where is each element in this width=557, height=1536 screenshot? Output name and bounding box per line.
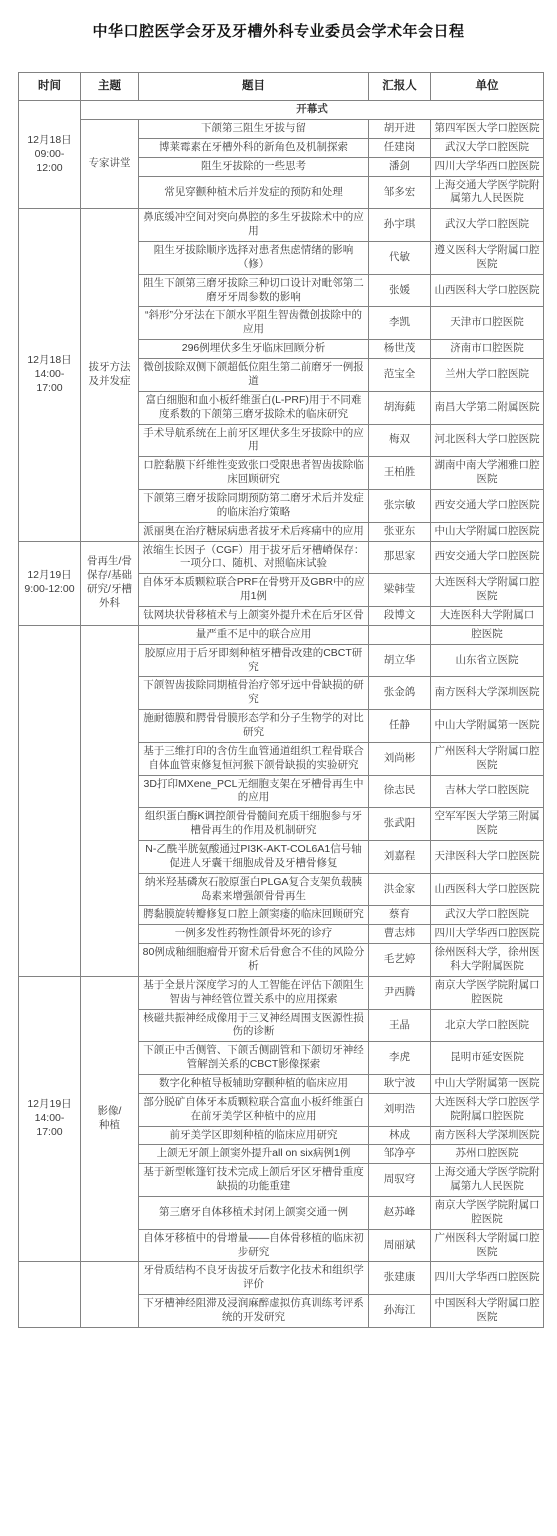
presenter-name: 毛艺婷 [369,944,431,977]
talk-title: 浓缩生长因子（CGF）用于拔牙后牙槽嵴保存：一项分口、随机、对照临床试验 [139,541,369,574]
organization: 四川大学华西口腔医院 [431,1262,544,1295]
presenter-name: 赵苏峰 [369,1197,431,1230]
organization: 中国医科大学附属口腔医院 [431,1295,544,1328]
presenter-name: 刘嘉程 [369,840,431,873]
talk-title: 第三磨牙自体移植术封闭上颌窦交通一例 [139,1197,369,1230]
talk-title: 下牙槽神经阻滞及浸润麻醉虚拟仿真训练考评系统的开发研究 [139,1295,369,1328]
presenter-name: 周驭穹 [369,1164,431,1197]
header-row: 时间主题题目汇报人单位 [19,73,544,101]
talk-title: 下颌第三阻生牙拔与留 [139,120,369,139]
organization: 湖南中南大学湘雅口腔医院 [431,457,544,490]
talk-title: 核磁共振神经成像用于三叉神经周围支医源性损伤的诊断 [139,1009,369,1042]
talk-title: 上颌无牙颌上颌窦外提升all on six病例1例 [139,1145,369,1164]
organization: 武汉大学口腔医院 [431,138,544,157]
schedule-table-header: 时间主题题目汇报人单位 [19,73,544,101]
presenter-name: 梁韩莹 [369,574,431,607]
talk-title: 钛网块状骨移植术与上颌窦外提升术在后牙区骨 [139,606,369,625]
presenter-name: 刘明浩 [369,1093,431,1126]
talk-title: 下颌正中舌侧管、下颌舌侧副管和下颌切牙神经管解剖关系的CBCT影像探索 [139,1042,369,1075]
talk-title: 纳米羟基磷灰石胶原蛋白PLGA复合支架负载胰岛素来增强颌骨骨再生 [139,873,369,906]
talk-title: 微创拔除双侧下颌超低位阻生第二前磨牙一例报道 [139,359,369,392]
talk-title: 胶原应用于后牙即刻种植牙槽骨改建的CBCT研究 [139,644,369,677]
column-header: 题目 [139,73,369,101]
presenter-name: 任建岗 [369,138,431,157]
talk-title: N-乙酰半胱氨酸通过PI3K-AKT-COL6A1信号轴促进人牙囊干细胞成骨及牙… [139,840,369,873]
organization: 山东省立医院 [431,644,544,677]
talk-title: 阻生牙拔除的一些思考 [139,157,369,176]
talk-title: 组织蛋白酶K调控颌骨骨髓间充质干细胞参与牙槽骨再生的作用及机制研究 [139,808,369,841]
talk-title: 腭黏膜旋转瓣修复口腔上颌窦瘘的临床回顾研究 [139,906,369,925]
schedule-row: 12月19日 9:00-12:00骨再生/骨 保存/基础 研究/牙槽 外科浓缩生… [19,541,544,574]
presenter-name: 杨世茂 [369,340,431,359]
talk-title: “斜形”分牙法在下颌水平阻生智齿微创拔除中的应用 [139,307,369,340]
organization: 南方医科大学深圳医院 [431,1126,544,1145]
session-theme [81,625,139,976]
presenter-name: 张宗敏 [369,489,431,522]
organization: 武汉大学口腔医院 [431,209,544,242]
session-time [19,625,81,976]
talk-title: 基于三维打印的含仿生血管通道组织工程骨联合自体血管束修复恒河猴下颌骨缺损的实验研… [139,742,369,775]
talk-title: 阻生牙拔除顺序选择对患者焦虑情绪的影响（修） [139,242,369,275]
session-theme: 拔牙方法 及并发症 [81,209,139,541]
session-time: 12月18日 09:00-12:00 [19,101,81,209]
organization: 北京大学口腔医院 [431,1009,544,1042]
presenter-name: 邹多宏 [369,176,431,209]
organization: 四川大学华西口腔医院 [431,925,544,944]
talk-title: 自体牙移植中的骨增量——自体骨移植的临床初步研究 [139,1229,369,1262]
talk-title: 施耐德膜和腭骨骨膜形态学和分子生物学的对比研究 [139,710,369,743]
presenter-name: 范宝全 [369,359,431,392]
presenter-name: 孙海江 [369,1295,431,1328]
talk-title: 基于全景片深度学习的人工智能在评估下颌阻生智齿与神经管位置关系中的应用探索 [139,976,369,1009]
talk-title: 牙骨质结构不良牙齿拔牙后数字化技术和组织学评价 [139,1262,369,1295]
organization: 兰州大学口腔医院 [431,359,544,392]
organization: 天津医科大学口腔医院 [431,840,544,873]
session-time [19,1262,81,1327]
presenter-name: 曹志炜 [369,925,431,944]
presenter-name: 王晶 [369,1009,431,1042]
talk-title: 鼻底缓冲空间对突向鼻腔的多生牙拔除术中的应用 [139,209,369,242]
organization: 山西医科大学口腔医院 [431,274,544,307]
organization: 广州医科大学附属口腔医院 [431,742,544,775]
session-theme: 专家讲堂 [81,120,139,209]
organization: 武汉大学口腔医院 [431,906,544,925]
organization: 济南市口腔医院 [431,340,544,359]
presenter-name: 代敏 [369,242,431,275]
organization: 大连医科大学口腔医学院附属口腔医院 [431,1093,544,1126]
presenter-name: 段博文 [369,606,431,625]
talk-title: 前牙美学区即刻种植的临床应用研究 [139,1126,369,1145]
presenter-name: 耿宁波 [369,1075,431,1094]
presenter-name: 张媛 [369,274,431,307]
session-time: 12月18日 14:00-17:00 [19,209,81,541]
talk-title: 博莱霉素在牙槽外科的新角色及机制探索 [139,138,369,157]
organization: 中山大学附属第一医院 [431,710,544,743]
column-header: 时间 [19,73,81,101]
talk-title: 口腔黏膜下纤维性变致张口受限患者智齿拔除临床回顾研究 [139,457,369,490]
talk-title: 量严重不足中的联合应用 [139,625,369,644]
organization: 西安交通大学口腔医院 [431,489,544,522]
presenter-name: 徐志民 [369,775,431,808]
talk-title: 296例埋伏多生牙临床回顾分析 [139,340,369,359]
organization: 苏州口腔医院 [431,1145,544,1164]
session-time: 12月19日 9:00-12:00 [19,541,81,625]
presenter-name: 李凯 [369,307,431,340]
presenter-name: 张金鸽 [369,677,431,710]
presenter-name: 潘剑 [369,157,431,176]
presenter-name: 蔡育 [369,906,431,925]
organization: 南京大学医学院附属口腔医院 [431,976,544,1009]
presenter-name: 张亚东 [369,522,431,541]
talk-title: 基于新型帐篷钉技术完成上颌后牙区牙槽骨重度缺损的功能重建 [139,1164,369,1197]
schedule-row: 量严重不足中的联合应用腔医院 [19,625,544,644]
presenter-name: 那思家 [369,541,431,574]
talk-title: 部分脱矿自体牙本质颗粒联合富血小板纤维蛋白在前牙美学区种植中的应用 [139,1093,369,1126]
organization: 河北医科大学口腔医院 [431,424,544,457]
presenter-name: 任静 [369,710,431,743]
schedule-row: 专家讲堂下颌第三阻生牙拔与留胡开进第四军医大学口腔医院 [19,120,544,139]
presenter-name: 胡立华 [369,644,431,677]
organization: 南方医科大学深圳医院 [431,677,544,710]
presenter-name [369,625,431,644]
session-theme: 骨再生/骨 保存/基础 研究/牙槽 外科 [81,541,139,625]
opening-ceremony-label: 开幕式 [81,101,544,120]
talk-title: 下颌第三磨牙拔除同期预防第二磨牙术后并发症的临床治疗策略 [139,489,369,522]
presenter-name: 张武阳 [369,808,431,841]
organization: 中山大学附属口腔医院 [431,522,544,541]
organization: 西安交通大学口腔医院 [431,541,544,574]
schedule-table-body: 12月18日 09:00-12:00开幕式专家讲堂下颌第三阻生牙拔与留胡开进第四… [19,101,544,1328]
page-title: 中华口腔医学会牙及牙槽外科专业委员会学术年会日程 [0,0,557,41]
presenter-name: 李虎 [369,1042,431,1075]
organization: 上海交通大学医学院附属第九人民医院 [431,176,544,209]
organization: 南昌大学第二附属医院 [431,391,544,424]
talk-title: 一例多发性药物性颌骨坏死的诊疗 [139,925,369,944]
talk-title: 常见穿颧种植术后并发症的预防和处理 [139,176,369,209]
presenter-name: 周丽斌 [369,1229,431,1262]
session-theme: 影像/ 种植 [81,976,139,1262]
presenter-name: 张建康 [369,1262,431,1295]
organization: 大连医科大学附属口腔医院 [431,574,544,607]
organization: 上海交通大学医学院附属第九人民医院 [431,1164,544,1197]
organization: 四川大学华西口腔医院 [431,157,544,176]
talk-title: 富白细胞和血小板纤维蛋白(L-PRF)用于不同难度系数的下颌第三磨牙拔除术的临床… [139,391,369,424]
talk-title: 自体牙本质颗粒联合PRF在骨劈开及GBR中的应用1例 [139,574,369,607]
session-theme [81,1262,139,1327]
schedule-row: 牙骨质结构不良牙齿拔牙后数字化技术和组织学评价张建康四川大学华西口腔医院 [19,1262,544,1295]
schedule-row: 12月19日 14:00-17:00影像/ 种植基于全景片深度学习的人工智能在评… [19,976,544,1009]
organization: 徐州医科大学，徐州医科大学附属医院 [431,944,544,977]
talk-title: 下颌智齿拔除同期植骨治疗邻牙远中骨缺损的研究 [139,677,369,710]
presenter-name: 梅双 [369,424,431,457]
presenter-name: 邹净亭 [369,1145,431,1164]
talk-title: 派丽奥在治疗糖尿病患者拔牙术后疼痛中的应用 [139,522,369,541]
presenter-name: 洪金家 [369,873,431,906]
presenter-name: 刘尚彬 [369,742,431,775]
organization: 第四军医大学口腔医院 [431,120,544,139]
talk-title: 手术导航系统在上前牙区埋伏多生牙拔除中的应用 [139,424,369,457]
organization: 遵义医科大学附属口腔医院 [431,242,544,275]
organization: 广州医科大学附属口腔医院 [431,1229,544,1262]
presenter-name: 胡开进 [369,120,431,139]
opening-ceremony-row: 12月18日 09:00-12:00开幕式 [19,101,544,120]
organization: 中山大学附属第一医院 [431,1075,544,1094]
column-header: 汇报人 [369,73,431,101]
talk-title: 阻生下颌第三磨牙拔除三种切口设计对毗邻第二磨牙牙周参数的影响 [139,274,369,307]
presenter-name: 王柏胜 [369,457,431,490]
organization: 天津市口腔医院 [431,307,544,340]
organization: 山西医科大学口腔医院 [431,873,544,906]
organization: 空军军医大学第三附属医院 [431,808,544,841]
organization: 腔医院 [431,625,544,644]
schedule-page: 中华口腔医学会牙及牙槽外科专业委员会学术年会日程 时间主题题目汇报人单位 12月… [0,0,557,1536]
presenter-name: 尹西腾 [369,976,431,1009]
session-time: 12月19日 14:00-17:00 [19,976,81,1262]
organization: 昆明市延安医院 [431,1042,544,1075]
presenter-name: 胡海蒓 [369,391,431,424]
column-header: 单位 [431,73,544,101]
organization: 吉林大学口腔医院 [431,775,544,808]
schedule-row: 12月18日 14:00-17:00拔牙方法 及并发症鼻底缓冲空间对突向鼻腔的多… [19,209,544,242]
schedule-table: 时间主题题目汇报人单位 12月18日 09:00-12:00开幕式专家讲堂下颌第… [18,72,544,1328]
presenter-name: 孙宇琪 [369,209,431,242]
talk-title: 3D打印MXene_PCL无细胞支架在牙槽骨再生中的应用 [139,775,369,808]
talk-title: 数字化种植导板辅助穿颧种植的临床应用 [139,1075,369,1094]
organization: 大连医科大学附属口 [431,606,544,625]
talk-title: 80例成釉细胞瘤骨开窗术后骨愈合不佳的风险分析 [139,944,369,977]
organization: 南京大学医学院附属口腔医院 [431,1197,544,1230]
column-header: 主题 [81,73,139,101]
presenter-name: 林成 [369,1126,431,1145]
